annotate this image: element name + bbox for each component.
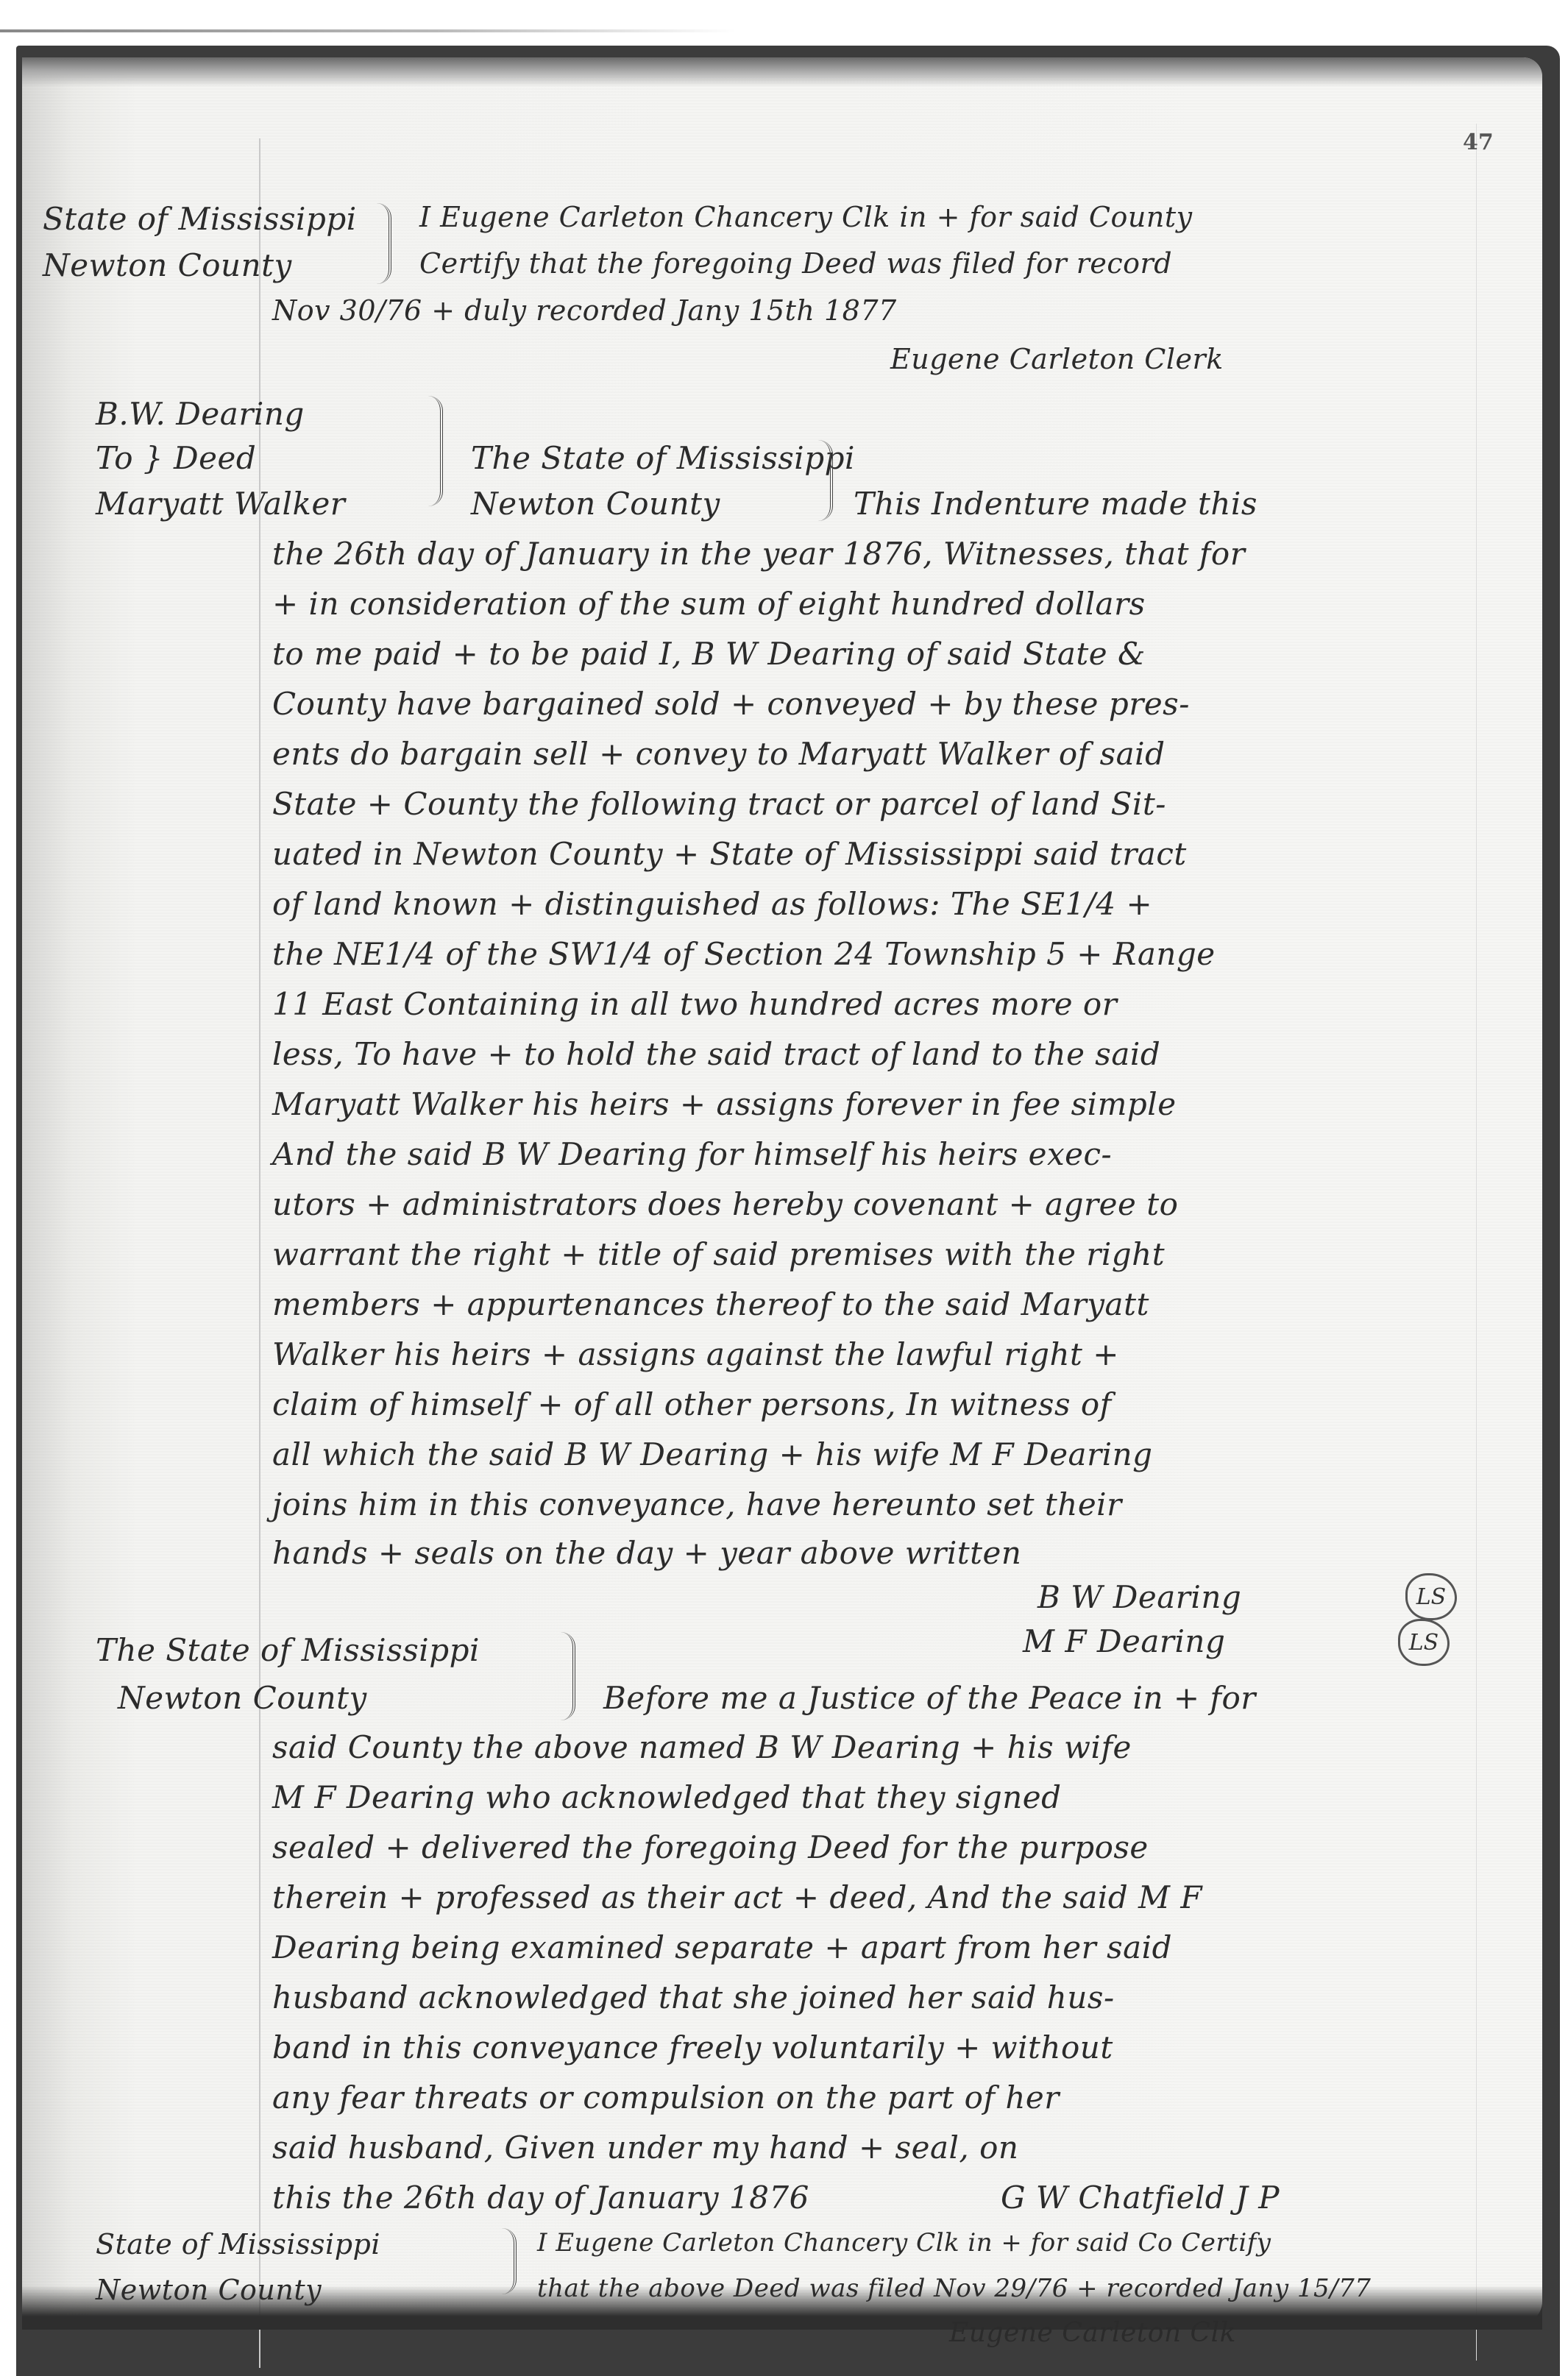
clerk-signature: Eugene Carleton Clerk [890, 343, 1224, 375]
text-line: joins him in this conveyance, have hereu… [272, 1486, 1122, 1522]
justice-signature: G W Chatfield J P [1001, 2180, 1280, 2216]
scan-edge [0, 29, 736, 32]
signature-wife: M F Dearing [1023, 1623, 1225, 1659]
text-line: I Eugene Carleton Chancery Clk in + for … [537, 2228, 1271, 2258]
text-line: members + appurtenances thereof to the s… [272, 1286, 1149, 1322]
text-line: + in consideration of the sum of eight h… [272, 586, 1146, 622]
heading-state: The State of Mississippi [471, 440, 855, 476]
margin-grantee: Maryatt Walker [96, 486, 345, 522]
text-line: sealed + delivered the foregoing Deed fo… [272, 1829, 1149, 1865]
text-line: claim of himself + of all other persons,… [272, 1386, 1112, 1422]
text-line: Maryatt Walker his heirs + assigns forev… [272, 1086, 1177, 1122]
brace-icon [809, 440, 833, 521]
text-line: any fear threats or compulsion on the pa… [272, 2079, 1060, 2116]
text-line: said County the above named B W Dearing … [272, 1729, 1132, 1765]
text-line: This Indenture made this [854, 486, 1257, 522]
text-line: hands + seals on the day + year above wr… [272, 1535, 1021, 1571]
margin-rule [259, 138, 260, 2368]
right-rule [1476, 124, 1477, 2361]
text-line: Before me a Justice of the Peace in + fo… [603, 1680, 1256, 1716]
text-line: band in this conveyance freely voluntari… [272, 2029, 1113, 2065]
text-line: therein + professed as their act + deed,… [272, 1879, 1202, 1915]
margin-instrument: To } Deed [96, 440, 256, 476]
seal-icon: LS [1405, 1573, 1457, 1620]
text-line: less, To have + to hold the said tract o… [272, 1036, 1160, 1072]
brace-icon [552, 1632, 575, 1720]
ledger-page: 47 State of Mississippi Newton County I … [22, 57, 1542, 2324]
margin-state: The State of Mississippi [96, 1632, 480, 1668]
text-line: Walker his heirs + assigns against the l… [272, 1336, 1119, 1372]
brace-icon [493, 2228, 517, 2294]
margin-state: State of Mississippi [43, 201, 357, 237]
margin-grantor: B.W. Dearing [96, 396, 305, 432]
text-line: to me paid + to be paid I, B W Dearing o… [272, 636, 1146, 672]
text-line: I Eugene Carleton Chancery Clk in + for … [419, 201, 1193, 233]
heading-county: Newton County [471, 486, 720, 522]
text-line: State + County the following tract or pa… [272, 786, 1166, 822]
text-line: utors + administrators does hereby coven… [272, 1186, 1178, 1222]
text-line: of land known + distinguished as follows… [272, 886, 1152, 922]
text-line: And the said B W Dearing for himself his… [272, 1136, 1112, 1172]
margin-county: Newton County [96, 2274, 322, 2306]
text-line: Certify that the foregoing Deed was file… [419, 247, 1172, 280]
text-line: Dearing being examined separate + apart … [272, 1929, 1172, 1965]
text-line: that the above Deed was filed Nov 29/76 … [537, 2274, 1371, 2303]
margin-county: Newton County [118, 1680, 367, 1716]
text-line: this the 26th day of January 1876 [272, 2180, 809, 2216]
text-line: Nov 30/76 + duly recorded Jany 15th 1877 [272, 294, 897, 327]
text-line: warrant the right + title of said premis… [272, 1236, 1165, 1272]
text-line: 11 East Containing in all two hundred ac… [272, 986, 1117, 1022]
brace-icon [368, 203, 391, 284]
signature-grantor: B W Dearing [1037, 1579, 1241, 1615]
margin-state: State of Mississippi [96, 2228, 380, 2260]
page-number: 47 [1463, 130, 1494, 155]
text-line: M F Dearing who acknowledged that they s… [272, 1779, 1062, 1815]
margin-county: Newton County [43, 247, 292, 283]
text-line: ents do bargain sell + convey to Maryatt… [272, 736, 1166, 772]
text-line: said husband, Given under my hand + seal… [272, 2129, 1018, 2166]
text-line: County have bargained sold + conveyed + … [272, 686, 1190, 722]
text-line: uated in Newton County + State of Missis… [272, 836, 1187, 872]
seal-icon: LS [1398, 1619, 1450, 1666]
clerk-signature: Eugene Carleton Clk [949, 2318, 1236, 2348]
text-line: husband acknowledged that she joined her… [272, 1979, 1115, 2015]
text-line: all which the said B W Dearing + his wif… [272, 1436, 1153, 1472]
text-line: the 26th day of January in the year 1876… [272, 536, 1245, 572]
text-line: the NE1/4 of the SW1/4 of Section 24 Tow… [272, 936, 1216, 972]
brace-icon [419, 396, 443, 506]
